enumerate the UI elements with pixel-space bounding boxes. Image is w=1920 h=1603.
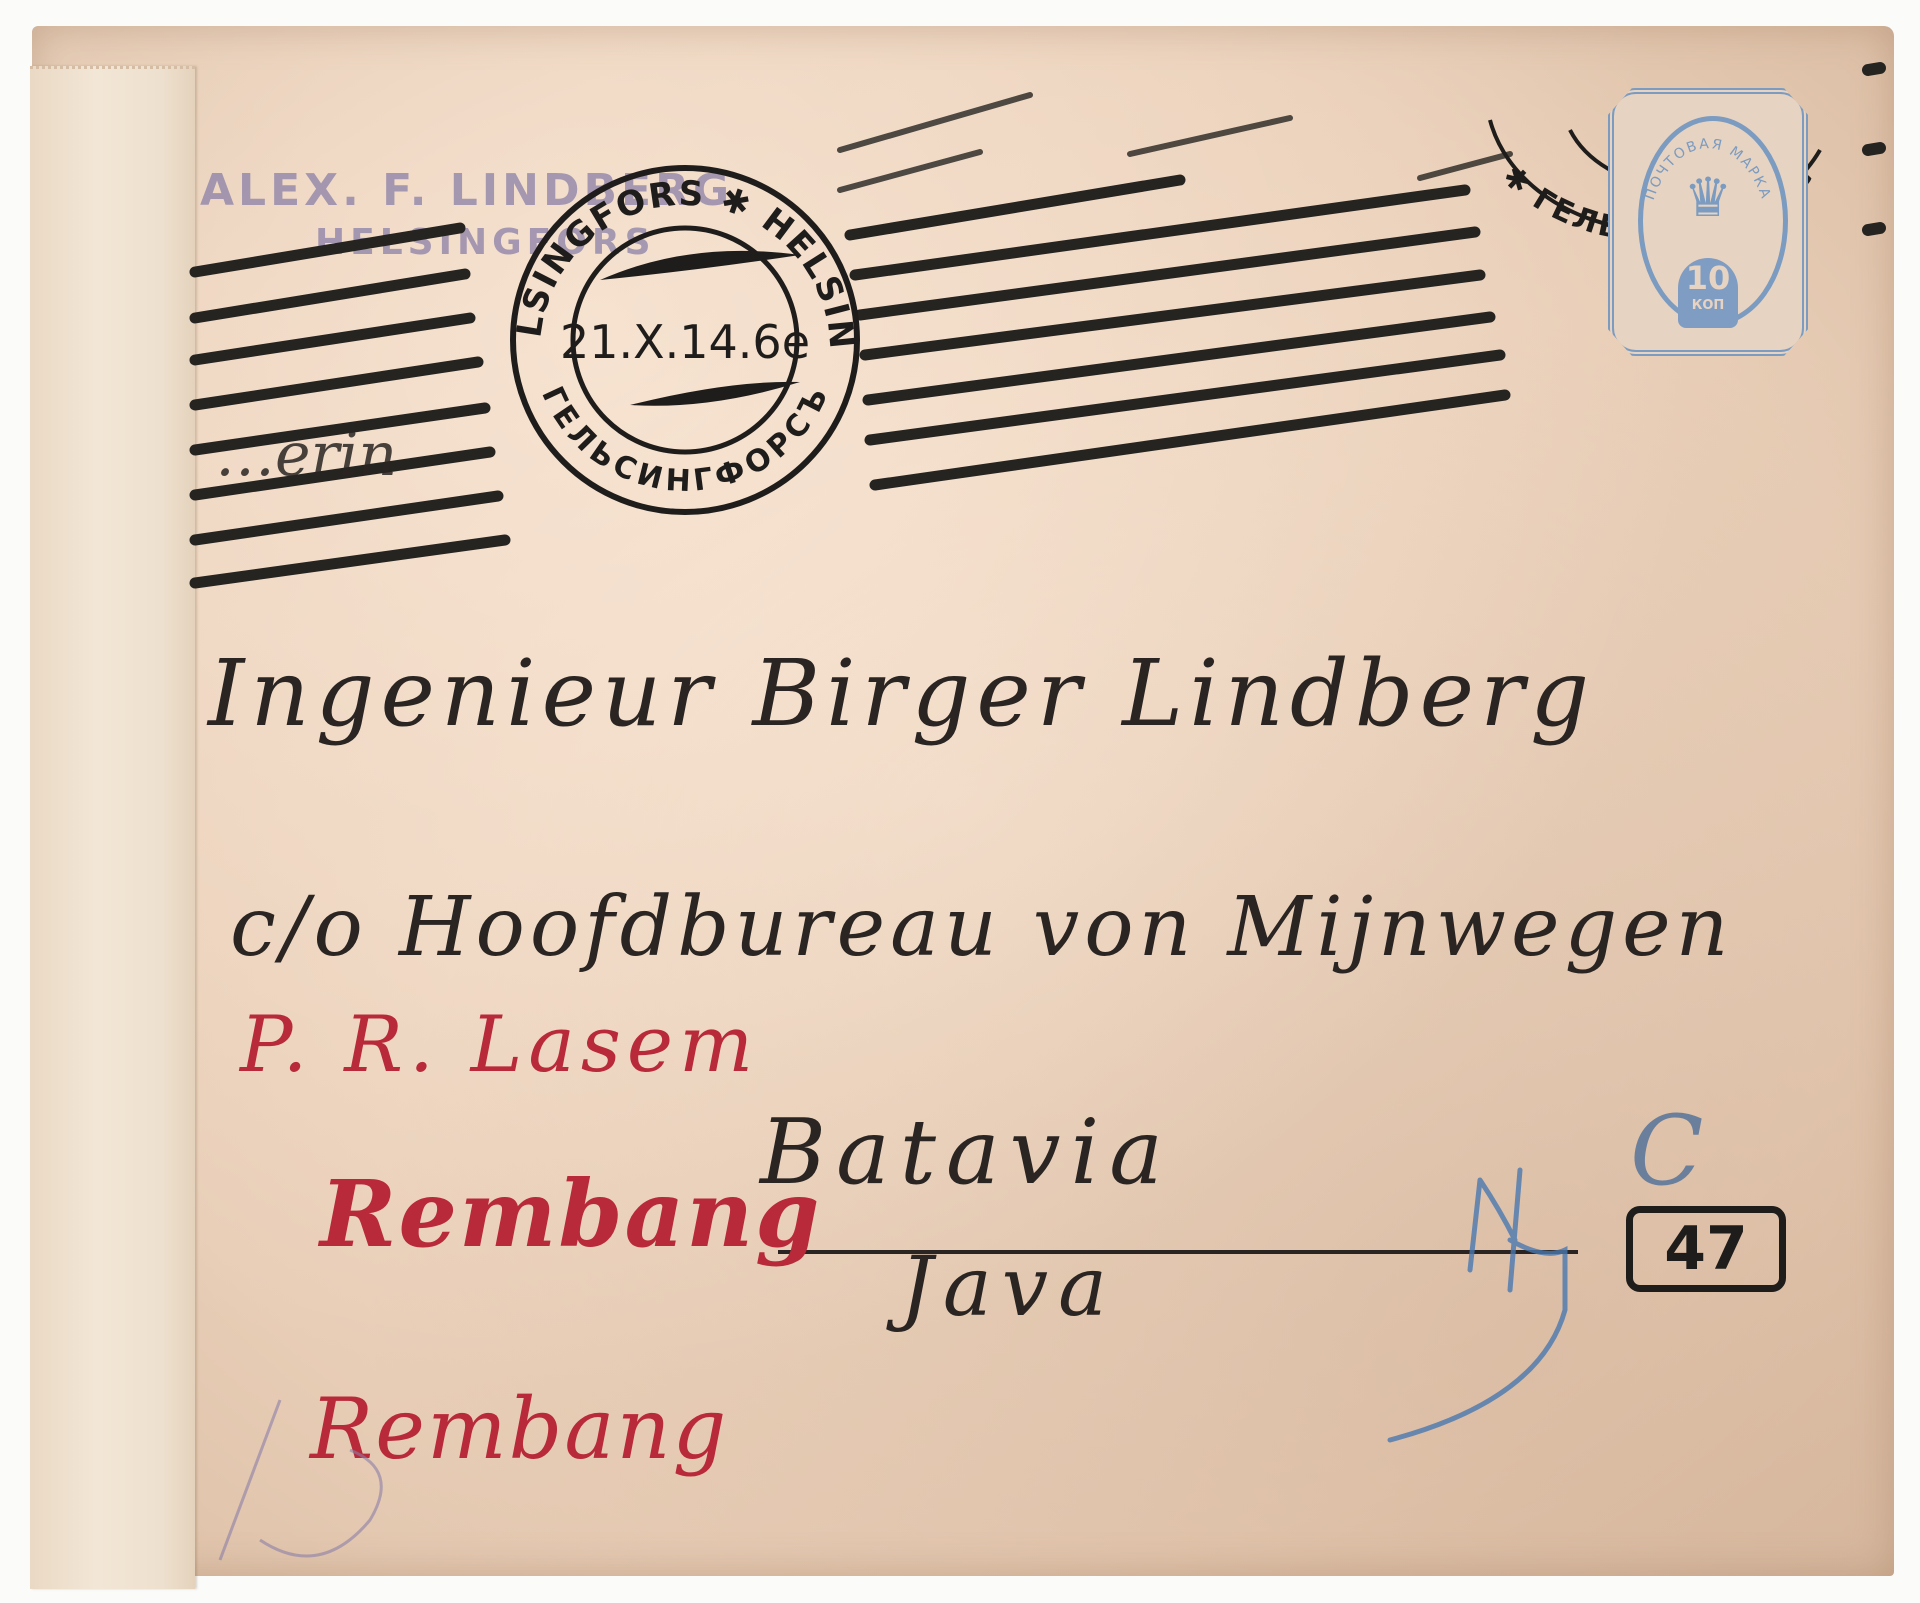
censor-tape-strip [30,66,195,1589]
svg-text:21.X.14.6e: 21.X.14.6e [560,315,810,369]
red-annotation-lasem: P. R. Lasem [240,1000,759,1090]
boxed-number-handstamp: 47 [1626,1206,1786,1292]
address-care-of: c/o Hoofdbureau von Mijnwegen [230,880,1733,975]
double-eagle-icon: ♛ [1678,158,1738,238]
postage-stamp: ПОЧТОВАЯ МАРКА ♛ 10 КОП [1608,88,1808,356]
stamp-denomination: 10 КОП [1678,258,1738,328]
address-country: Java [900,1240,1117,1335]
faint-pencil-marks [200,1340,560,1580]
red-annotation-rembang-1: Rembang [320,1160,822,1268]
address-recipient: Ingenieur Birger Lindberg [208,640,1595,747]
helsinki-postmark: HELSINGFORS ✱ HELSINKI ✱ ГЕЛЬСИНГФОРСЪ ✱… [500,160,870,520]
partial-handwriting: …erin [215,420,397,490]
blue-pencil-mark: C [1630,1095,1703,1207]
blue-crayon-mark [1380,1150,1640,1450]
